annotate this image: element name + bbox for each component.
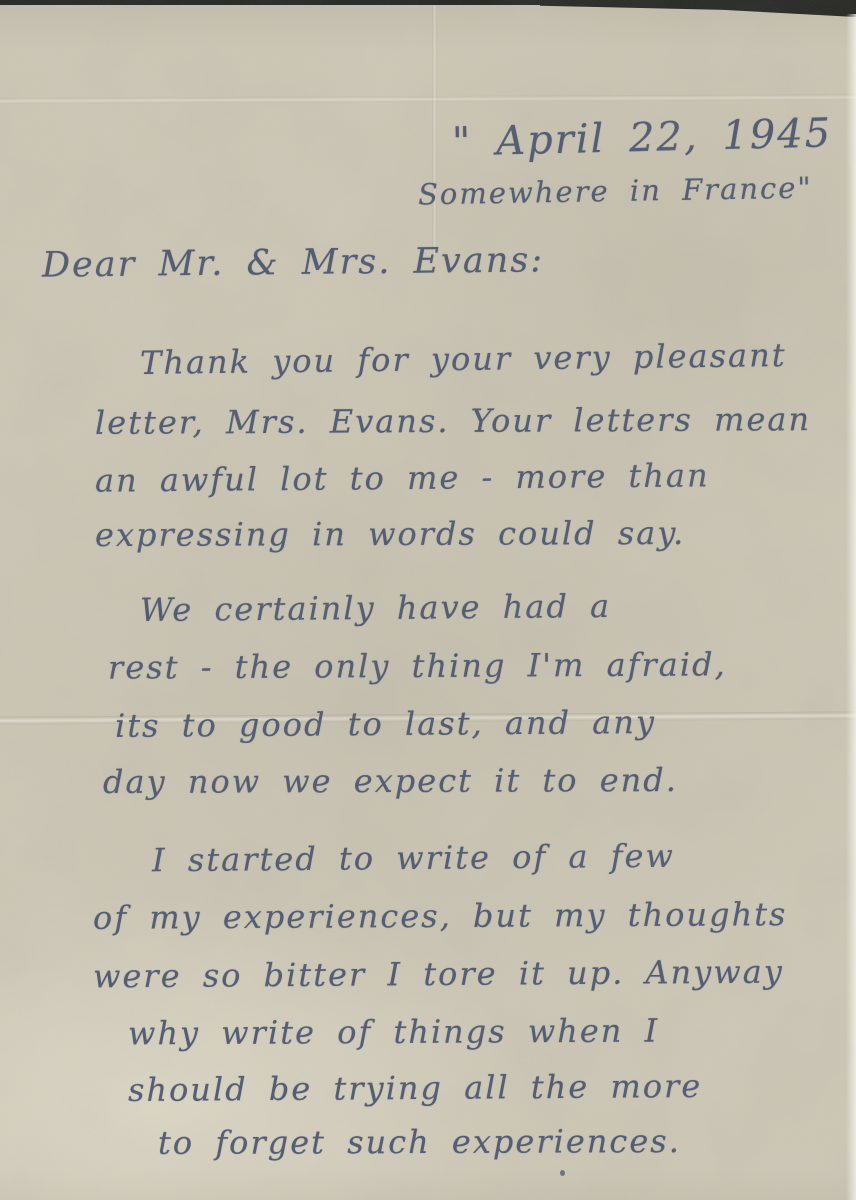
handwritten-line: day now we expect it to end. <box>103 763 678 800</box>
handwritten-line: rest - the only thing I'm afraid, <box>108 647 727 685</box>
handwritten-line: should be trying all the more <box>128 1069 702 1108</box>
paper-edge-highlight <box>846 14 856 1200</box>
handwritten-line: We certainly have had a <box>140 589 611 628</box>
letter-date: " April 22, 1945 <box>452 111 833 164</box>
handwritten-line: I started to write of a few <box>152 839 675 879</box>
ink-blot <box>560 1170 565 1176</box>
handwritten-line: its to good to last, and any <box>115 705 656 744</box>
handwritten-line: to forget such experiences. <box>158 1124 681 1161</box>
handwritten-line: an awful lot to me - more than <box>95 458 710 499</box>
letter-salutation: Dear Mr. & Mrs. Evans: <box>42 241 544 285</box>
letter-location: Somewhere in France" <box>418 173 813 212</box>
handwritten-line: were so bitter I tore it up. Anyway <box>93 955 784 995</box>
scanned-letter-page: " April 22, 1945 Somewhere in France" De… <box>0 0 856 1200</box>
handwritten-line: Thank you for your very pleasant <box>140 338 787 381</box>
handwritten-line: letter, Mrs. Evans. Your letters mean <box>95 402 811 441</box>
handwritten-line: expressing in words could say. <box>95 516 685 553</box>
handwritten-line: why write of things when I <box>128 1014 659 1052</box>
handwritten-line: of my experiences, but my thoughts <box>93 897 788 936</box>
